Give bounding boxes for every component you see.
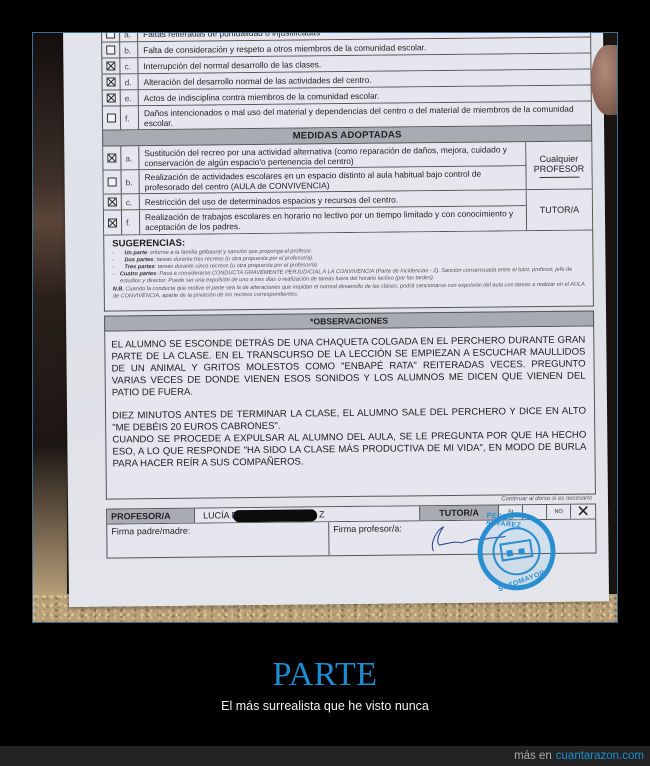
firma-padre-label: Firma padre/madre: [111,526,190,537]
observacion-paragraph: CUANDO SE PROCEDE A EXPULSAR AL ALUMNO D… [112,430,586,471]
checkbox-cell [103,74,121,89]
checkbox-cell [102,32,120,42]
responsable-tutor-label: TUTOR/A [540,205,579,215]
incident-form: a.Faltas reiteradas de puntualidad o inj… [101,32,597,559]
checkbox-cell [104,170,122,193]
finger [591,45,618,115]
checkbox-checked[interactable] [108,197,117,206]
responsables-column: Cualquier PROFESOR TUTOR/A [525,141,592,230]
row-text: Realización de actividades escolares en … [140,166,526,193]
profesor-name: LUCÍA D Z [195,506,419,522]
checkbox-checked[interactable] [107,77,116,86]
redaction-bar [233,509,317,522]
responsable-profesor: Cualquier PROFESOR [526,141,591,190]
medidas-list: a.Sustitución del recreo por una activid… [103,142,526,234]
form-row: f.Realización de trabajos escolares en h… [104,206,526,234]
conductas-list: a.Faltas reiteradas de puntualidad o inj… [101,32,592,131]
footer-prefix: más en [514,750,552,762]
row-letter: f. [121,106,139,129]
checkbox-cell [102,42,120,57]
row-letter: f. [122,210,140,234]
row-letter: c. [120,58,138,73]
observaciones-body: EL ALUMNO SE ESCONDE DETRÁS DE UNA CHAQU… [104,326,596,499]
checkbox-cell [102,58,120,73]
row-text: Sustitución del recreo por una actividad… [139,142,525,169]
photo-background [33,33,67,622]
responsable-line2: PROFESOR [534,163,585,174]
incident-report-paper: a.Faltas reiteradas de puntualidad o inj… [63,32,609,607]
no-checkbox-marked: ✕ [571,504,595,518]
checkbox-checked[interactable] [107,93,116,102]
checkbox-unchecked[interactable] [106,32,115,39]
checkbox-unchecked[interactable] [107,113,116,122]
row-letter: a. [120,32,138,41]
checkbox-checked[interactable] [106,61,115,70]
responsable-tutor: TUTOR/A [527,189,592,230]
row-text: Realización de trabajos escolares en hor… [140,206,526,234]
row-letter: b. [120,42,138,57]
post-subtitle: El más surrealista que he visto nunca [0,699,650,713]
profesor-label: PROFESOR/A [107,509,195,524]
firma-profesor-label: Firma profesor/a: [333,523,402,534]
pen-underline [539,176,579,177]
checkbox-cell [104,194,122,209]
firma-padre: Firma padre/madre: [107,522,329,557]
profesor-name-end: Z [319,509,325,519]
checkbox-checked[interactable] [107,153,116,162]
checkbox-cell [103,146,121,169]
checkbox-cell [104,210,122,234]
firma-row: Firma padre/madre: Firma profesor/a: PED… [106,519,596,558]
row-letter: d. [120,74,138,89]
nb-label: N.B. [113,286,124,292]
post-title: PARTE [0,656,650,694]
row-letter: c. [122,194,140,209]
responsable-line1: Cualquier [540,153,579,163]
post-photo: a.Faltas reiteradas de puntualidad o inj… [32,32,618,623]
site-link[interactable]: cuantarazon.com [556,750,644,762]
checkbox-cell [103,90,121,105]
checkbox-unchecked[interactable] [108,177,117,186]
row-letter: b. [122,170,140,193]
sugerencias-list: -Un parte: informe a la familia gelbaura… [112,246,586,286]
row-letter: a. [121,146,139,169]
medidas-section: a.Sustitución del recreo por una activid… [102,141,593,235]
sugerencias-section: SUGERENCIAS: -Un parte: informe a la fam… [103,230,594,311]
no-label: NO [547,505,571,519]
school-stamp: PEDRO ALVAREZ SOTOMAYOR [472,507,561,596]
observacion-paragraph: EL ALUMNO SE ESCONDE DETRÁS DE UNA CHAQU… [111,335,586,400]
row-letter: e. [121,90,139,105]
site-footer: más en cuantarazon.com [0,746,650,766]
checkbox-checked[interactable] [108,218,117,227]
checkbox-cell [103,106,121,129]
checkbox-unchecked[interactable] [106,45,115,54]
firma-profesor: Firma profesor/a: PEDRO ALVAREZ SOTOMAYO… [329,519,595,555]
row-text: Daños intencionados o mal uso del materi… [139,101,591,129]
